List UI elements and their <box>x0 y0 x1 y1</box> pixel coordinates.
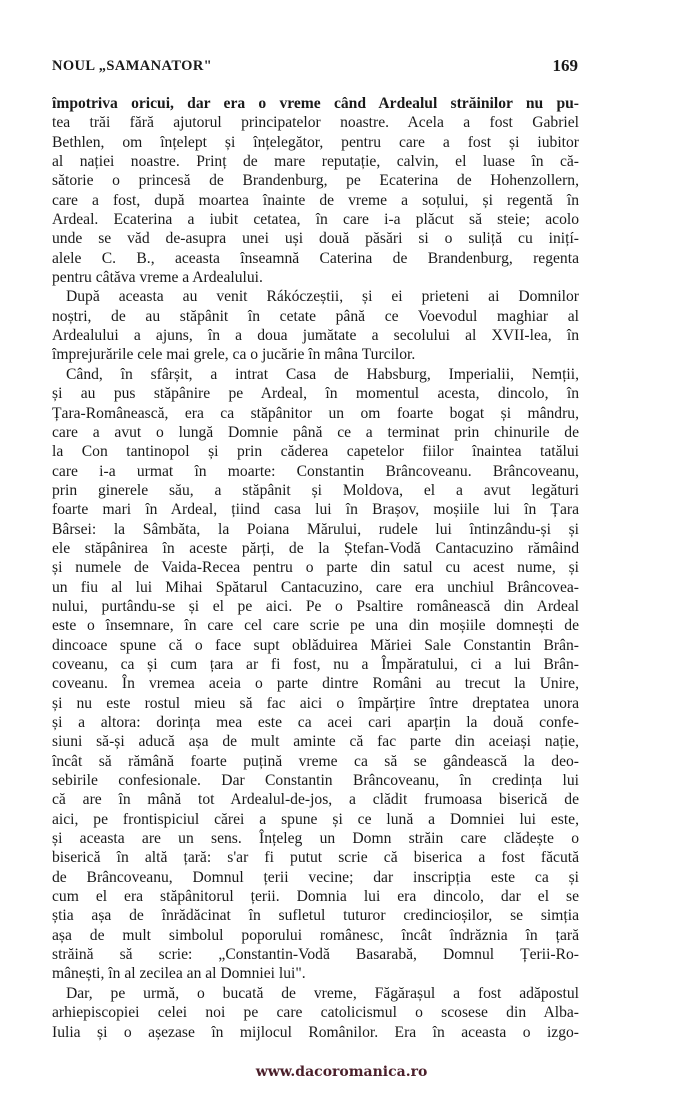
text-line: și au pus stăpânire pe Ardeal, în moment… <box>52 384 579 403</box>
text-line: sebirile confesionale. Dar Constantin Br… <box>52 771 579 790</box>
text-line: care a fost, după moartea înainte de vre… <box>52 191 579 210</box>
text-line: Ardealului a ajuns, în a doua jumătate a… <box>52 326 579 345</box>
text-line: Bethlen, om înțelept și înțelegător, pen… <box>52 133 579 152</box>
text-line: un fiu al lui Mihai Spătarul Cantacuzino… <box>52 578 579 597</box>
text-line: coveanu, ca și cum țara ar fi fost, nu a… <box>52 655 579 674</box>
text-line: arhiepiscopiei celei noi pe care catolic… <box>52 1003 579 1022</box>
text-line: siuni să-și aducă așa de mult aminte că … <box>52 732 579 751</box>
text-line: este o însemnare, în care cel care scrie… <box>52 616 579 635</box>
page-number: 169 <box>553 56 579 76</box>
text-line: care i-a urmat în moarte: Constantin Brâ… <box>52 462 579 481</box>
text-line: Dar, pe urmă, o bucată de vreme, Făgăraș… <box>52 984 579 1003</box>
text-line: împrejurările cele mai grele, ca o jucăr… <box>52 345 579 364</box>
text-line: Ardeal. Ecaterina a iubit cetatea, în ca… <box>52 210 579 229</box>
text-line: mânești, în al zecilea an al Domniei lui… <box>52 964 579 983</box>
text-line: dincoace spune că o face supt oblăduirea… <box>52 636 579 655</box>
text-line: unde se văd de-asupra unei uși două păsă… <box>52 229 579 248</box>
text-line: că are în mână tot Ardealul-de-jos, a cl… <box>52 790 579 809</box>
text-line: nului, purtându-se și el pe aici. Pe o P… <box>52 597 579 616</box>
text-line: al nației noastre. Prinț de mare reputaț… <box>52 152 579 171</box>
running-title: NOUL „SAMANATOR" <box>52 58 212 75</box>
text-line: tea trăi fără ajutorul principatelor noa… <box>52 113 579 132</box>
text-line: Țara-Românească, era ca stăpânitor un om… <box>52 404 579 423</box>
text-line: ele stăpânirea în aceste părți, de la Șt… <box>52 539 579 558</box>
text-line: și a altora: dorința mea este ca acei ca… <box>52 713 579 732</box>
text-line: și numele de Vaida-Recea pentru o parte … <box>52 558 579 577</box>
text-line: încât să rămână foarte puțină vreme ca s… <box>52 752 579 771</box>
text-line: Bârsei: la Sâmbăta, la Poiana Mărului, r… <box>52 520 579 539</box>
text-line: care a avut o lungă Domnie până ce a ter… <box>52 423 579 442</box>
text-line: alele C. B., aceasta înseamnă Caterina d… <box>52 249 579 268</box>
text-line: împotriva oricui, dar era o vreme când A… <box>52 94 579 113</box>
text-line: străină să scrie: „Constantin-Vodă Basar… <box>52 945 579 964</box>
text-line: Când, în sfârșit, a intrat Casa de Habsb… <box>52 365 579 384</box>
text-line: și nu este rostul mieu să fac aici o împ… <box>52 694 579 713</box>
text-line: știa așa de înrădăcinat în sufletul tutu… <box>52 906 579 925</box>
text-line: de Brâncoveanu, Domnul țerii vecine; dar… <box>52 868 579 887</box>
text-line: Iulia și o așezase în mijlocul Românilor… <box>52 1023 579 1042</box>
text-line: sătorie o princesă de Brandenburg, pe Ec… <box>52 171 579 190</box>
text-line: foarte mari în Ardeal, țiind casa lui în… <box>52 500 579 519</box>
text-line: cum el era stăpânitorul țerii. Domnia lu… <box>52 887 579 906</box>
text-line: aici, pe frontispiciul cărei a spune și … <box>52 810 579 829</box>
text-line: noștri, de au stăpânit în cetate până ce… <box>52 307 579 326</box>
body-text: împotriva oricui, dar era o vreme când A… <box>52 94 579 1042</box>
text-line: biserică în altă țară: s'ar fi putut scr… <box>52 848 579 867</box>
text-line: prin ginerele său, a stăpânit și Moldova… <box>52 481 579 500</box>
text-line: pentru câtăva vreme a Ardealului. <box>52 268 579 287</box>
text-line: așa de mult simbolul poporului românesc,… <box>52 926 579 945</box>
text-line: După aceasta au venit Rákóczeștii, și ei… <box>52 287 579 306</box>
footer-watermark[interactable]: www.dacoromanica.ro <box>0 1064 683 1080</box>
text-line: coveanu. În vremea aceia o parte dintre … <box>52 674 579 693</box>
page-header: NOUL „SAMANATOR" 169 <box>52 58 578 80</box>
text-line: la Con tantinopol și prin căderea capete… <box>52 442 579 461</box>
text-line: și aceasta are un sens. Înțeleg un Domn … <box>52 829 579 848</box>
